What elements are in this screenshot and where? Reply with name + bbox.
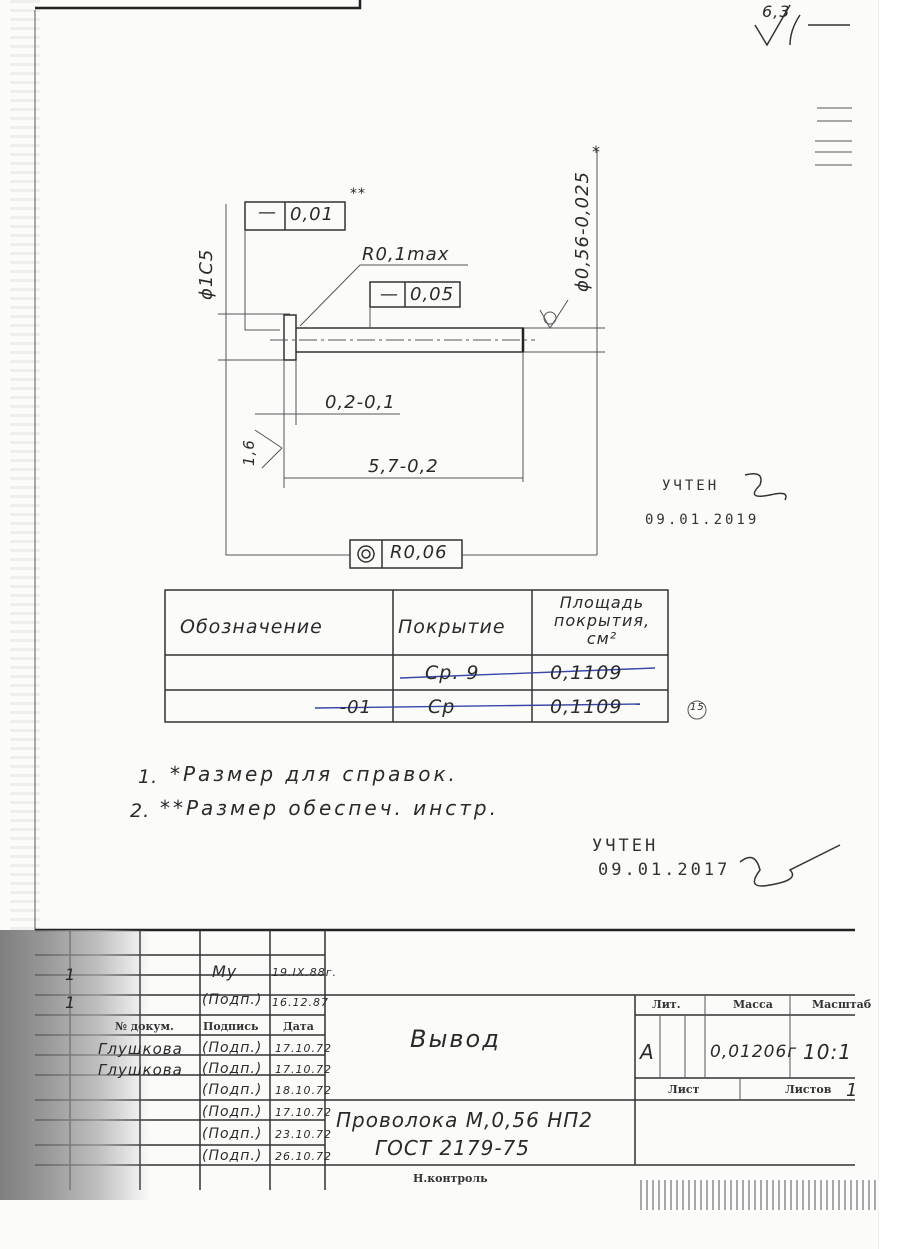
control-label: Н.контроль [413,1172,488,1185]
sheet-label: Лист [668,1083,699,1096]
sig-row-sign: (Подп.) [202,1061,262,1077]
change-2-date: 16.12.87 [272,996,329,1009]
signature-icon [745,474,786,500]
mass-value: 0,01206г [710,1042,797,1062]
scale-label: Масштаб [812,998,871,1011]
sig-row-sign: (Подп.) [202,1040,262,1056]
mass-label: Масса [733,998,773,1011]
sig-row-date: 18.10.72 [275,1084,332,1097]
material-line-1: Проволока М,0,56 НП2 [336,1108,593,1132]
sig-row-date: 23.10.72 [275,1128,332,1141]
sig-row-date: 17.10.72 [275,1106,332,1119]
change-2-sign: (Подп.) [202,992,262,1008]
sig-row-sign: (Подп.) [202,1082,262,1098]
sig-header-doc: № докум. [115,1020,174,1033]
sig-row-date: 17.10.72 [275,1063,332,1076]
signature-icon [740,845,840,886]
sig-row-date: 17.10.72 [275,1042,332,1055]
sig-row-sign: (Подп.) [202,1148,262,1164]
sig-row-sign: (Подп.) [202,1104,262,1120]
lit-value: А [640,1040,655,1064]
change-1-sign: Му [212,962,237,981]
scale-value: 10:1 [803,1040,852,1064]
lit-label: Лит. [652,998,681,1011]
part-name: Вывод [410,1025,501,1053]
change-1-qty: 1 [65,965,76,984]
change-1-date: 19.IX.88г. [272,966,337,979]
sig-row-name: Глушкова [98,1040,183,1058]
sig-header-sign: Подпись [203,1020,258,1033]
sig-row-sign: (Подп.) [202,1126,262,1142]
material-line-2: ГОСТ 2179-75 [375,1136,530,1160]
sig-header-date: Дата [283,1020,314,1033]
drawing-sheet: 0,01 — ** ϕ1С5 R0,1max — 0,05 ϕ0,56-0,02… [0,0,900,1249]
change-2-qty: 1 [65,993,76,1012]
scan-noise-bottom [640,1180,880,1210]
sheets-label: Листов [785,1083,831,1096]
sheets-value: 1 [846,1080,858,1101]
sig-row-name: Глушкова [98,1061,183,1079]
sig-row-date: 26.10.72 [275,1150,332,1163]
